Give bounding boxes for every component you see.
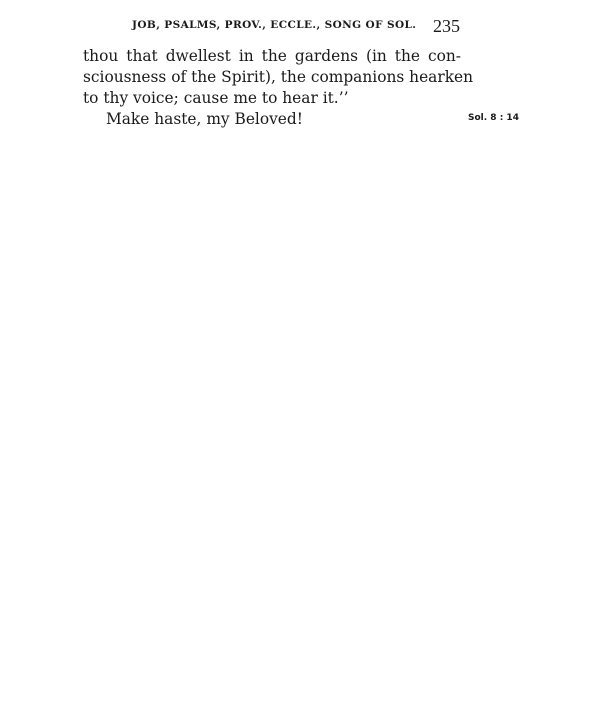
body-text: thou that dwellest in the gardens (in th… <box>83 46 461 130</box>
text-line: sciousness of the Spirit), the companion… <box>83 67 461 88</box>
text-line: Make haste, my Beloved! <box>83 109 461 130</box>
text-line: thou that dwellest in the gardens (in th… <box>83 46 461 67</box>
running-head: JOB, PSALMS, PROV., ECCLE., SONG OF SOL. <box>132 19 416 31</box>
text-line: to thy voice; cause me to hear it.’’ <box>83 88 461 109</box>
page-number: 235 <box>433 16 460 37</box>
scripture-reference: Sol. 8 : 14 <box>468 113 519 123</box>
